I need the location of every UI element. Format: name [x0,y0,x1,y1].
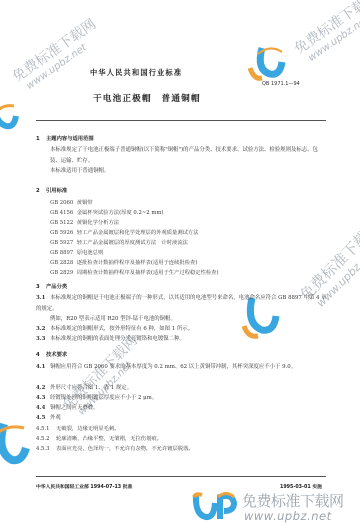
watermark-top-left: 免费标准下载网 www.upbz.net [8,14,106,96]
standard-type: 中华人民共和国行业标准 [90,68,182,78]
section-title: 技术要求 [46,352,67,358]
reference-name: 黄铜带 [77,200,93,206]
reference-name: 轻工产品金属镀层的厚度测试方法 计时液流法 [77,240,188,246]
clause-number: 4.5 [36,413,50,424]
clause-4-2: 4.2外形尺寸应符合图 1、表 1 规定。 [36,383,328,394]
reference-code: GB 2829 [50,270,75,276]
clause-text: 外形尺寸应符合图 1、表 1 规定。 [50,385,132,391]
section-number: 1 [36,136,46,142]
clause-4-3: 4.3经镀镍处理的铜帽镀层厚度应不小于 2 μm。 [36,393,328,404]
watermark-top-right: 免费标准下载网 www.upbz.net [290,0,360,67]
clause-number: 3.2 [36,324,50,335]
reference-name: 金属杯突试验方法(厚度 0.2~2 mm) [77,210,164,216]
reference-item: GB 8897 原电池总则 [50,248,103,256]
section-3-heading: 3产品分类 [36,282,67,290]
paragraph: 本标准适用于普通铜帽。 [36,166,328,177]
reference-name: 原电池总则 [77,250,104,256]
clause-text: 本标准规定的铜帽的表面处理分光亮镀铬和电镀镍二种。 [50,336,185,342]
reference-item: GB 5122 黄铜化学分析方法 [50,218,119,226]
clause-text: 表面应光亮，色泽均一，不允许有杂物，不允许镀层脱落。 [56,446,194,452]
reference-name: 轻工产品金属镀层和化学处理层的外观质量测试方法 [77,230,199,236]
section-title: 主题内容与适用范围 [46,136,94,142]
effective-date: 1995-03-01 实施 [280,483,322,490]
reference-item: GB 4156 金属杯突试验方法(厚度 0.2~2 mm) [50,208,163,216]
document-title: 干电池正极帽 普通铜帽 [93,92,201,104]
reference-name: 逐批检查计数抽样程序及抽样表(适用于连续批检查) [77,260,198,266]
brand-watermark: 免费标准下载网 www.upbz.net [192,490,360,525]
approval-info: 中华人民共和国轻工业部 1994-07-13 批准 [36,483,132,490]
clause-3-2: 3.2本标准规定的铜帽形式，按外形特征有 6 种，如图 1 所示。 [36,324,328,335]
reference-item: GB 2828 逐批检查计数抽样程序及抽样表(适用于连续批检查) [50,258,197,266]
clause-text: 铜帽应用符合 GB 2060 要求的基本厚度为 0.2 mm、62 以上黄铜带冲… [50,364,296,370]
reference-code: GB 2828 [50,260,75,266]
clause-number: 4.4 [36,403,50,414]
clause-number: 4.5.2 [36,436,56,442]
reference-name: 黄铜化学分析方法 [77,220,119,226]
section-1-body: 本标准规定了干电池正极端子普通铜帽(以下简称"铜帽")的产品分类、技术要求、试验… [36,145,328,177]
reference-code: GB 5927 [50,240,75,246]
section-2-heading: 2引用标准 [36,186,67,194]
clause-4-5: 4.5外观 [36,413,328,424]
reference-code: GB 5122 [50,220,75,226]
clause-4-4: 4.4铜帽之间应无叠叠。 [36,403,328,414]
reference-item: GB 5926 轻工产品金属镀层和化学处理层的外观质量测试方法 [50,228,199,236]
watermark-logo-icon [0,98,26,136]
clause-number: 4.1 [36,362,50,373]
watermark-logo-icon [0,420,36,472]
footer-rule [36,476,326,477]
up-logo-icon [192,491,238,521]
clause-number: 4.5.1 [36,426,56,432]
clause-4-5-1: 4.5.1无破裂，边缘无明显毛刺。 [36,424,120,432]
reference-code: GB 2060 [50,200,75,206]
reference-item: GB 5927 轻工产品金属镀层的厚度测试方法 计时液流法 [50,238,188,246]
clause-text: 例如，R20 型表示适用 R20 型锌-锰干电池的铜帽。 [50,316,176,322]
clause-4-1: 4.1铜帽应用符合 GB 2060 要求的基本厚度为 0.2 mm、62 以上黄… [36,362,328,373]
clause-number: 4.3 [36,393,50,404]
clause-text: 无破裂，边缘无明显毛刺。 [56,426,120,432]
clause-number: 4.5.3 [36,446,56,452]
section-number: 3 [36,284,46,290]
reference-code: GB 5926 [50,230,75,236]
clause-text: 轮廓清晰，凸缘平整，无皱褶，无拉伤划痕。 [56,436,162,442]
clause-text: 本标准规定的铜帽是干电池正极端子的一种形式，以其适用的电池型号来命名，电池命名应… [36,295,327,312]
clause-text: 外观 [50,415,61,421]
reference-code: GB 8897 [50,250,75,256]
reference-item: GB 2060 黄铜带 [50,198,93,206]
reference-item: GB 2829 周期检查计数抽样程序及抽样表(适用于生产过程稳定性检查) [50,268,219,276]
clause-text: 本标准规定的铜帽形式，按外形特征有 6 种，如图 1 所示。 [50,326,193,332]
standard-code: QB 1971.1—94 [262,81,300,87]
reference-code: GB 4156 [50,210,75,216]
paragraph: 本标准规定了干电池正极端子普通铜帽(以下简称"铜帽")的产品分类、技术要求、试验… [36,145,328,166]
section-title: 引用标准 [46,188,67,194]
clause-3-1-example: 例如，R20 型表示适用 R20 型锌-锰干电池的铜帽。 [36,314,328,325]
section-number: 2 [36,188,46,194]
clause-number: 3.3 [36,334,50,345]
clause-text: 铜帽之间应无叠叠。 [50,405,99,411]
clause-4-5-2: 4.5.2轮廓清晰，凸缘平整，无皱褶，无拉伤划痕。 [36,434,162,442]
header-rule [36,120,326,121]
clause-3-1: 3.1本标准规定的铜帽是干电池正极端子的一种形式，以其适用的电池型号来命名，电池… [36,293,328,314]
section-1-heading: 1主题内容与适用范围 [36,134,94,142]
clause-4-5-3: 4.5.3表面应光亮，色泽均一，不允许有杂物，不允许镀层脱落。 [36,444,194,452]
clause-number: 3.1 [36,293,50,304]
clause-number: 4.2 [36,383,50,394]
reference-name: 周期检查计数抽样程序及抽样表(适用于生产过程稳定性检查) [77,270,219,276]
section-4-heading: 4技术要求 [36,350,67,358]
clause-text: 经镀镍处理的铜帽镀层厚度应不小于 2 μm。 [50,395,157,401]
section-number: 4 [36,352,46,358]
brand-site-name: 免费标准下载网 [242,490,344,511]
clause-3-3: 3.3本标准规定的铜帽的表面处理分光亮镀铬和电镀镍二种。 [36,334,328,345]
brand-url: www.upbz.net [244,509,332,523]
section-title: 产品分类 [46,284,67,290]
